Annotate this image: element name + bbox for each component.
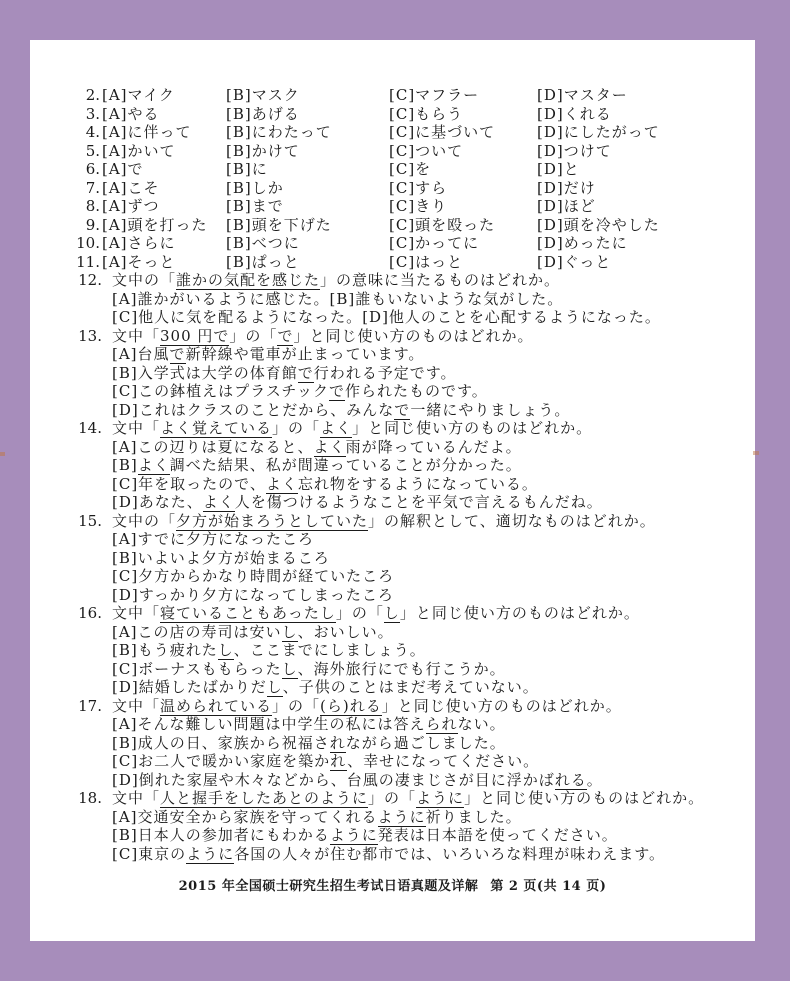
text-segment: 各国の人々が住む都市では、いろいろな料理が味わえます。 <box>234 845 665 863</box>
text-segment: ない。 <box>458 715 506 733</box>
text-segment: [B]もう疲れた <box>112 641 218 659</box>
option-cell: [B]誰もいないような気がした。 <box>330 290 564 309</box>
stem-line: 文中の「夕方が始まろうとしていた」の解釈として、適切なものはどれか。 <box>112 512 755 531</box>
underlined-segment: ように <box>416 789 464 808</box>
text-segment: 」と同じ使い方のものはどれか。 <box>352 419 592 437</box>
underlined-segment: (ら)れる <box>320 697 382 716</box>
line-text: [B]もう疲れたし、ここまでにしましょう。 <box>112 641 426 660</box>
page-footer: 2015 年全国硕士研究生招生考试日语真题及详解第 2 页(共 14 页) <box>30 878 755 897</box>
option-line: [B]よく調べた結果、私が間違っていることが分かった。 <box>112 456 755 475</box>
option-cell: [A]に伴って <box>102 123 226 142</box>
text-segment: [D]あなた、 <box>112 493 203 511</box>
option-cell: [D]くれる <box>537 105 755 124</box>
option-line: [D]これはクラスのことだから、みんなで一緒にやりましょう。 <box>112 401 755 420</box>
option-line: [D]あなた、よく人を傷つけるようなことを平気で言えるもんだね。 <box>112 493 755 512</box>
option-line: [A]台風で新幹線や電車が止まっています。 <box>112 345 755 364</box>
question-number: 17. <box>30 697 104 790</box>
question-number: 7. <box>30 179 102 198</box>
option-cell: [C]すら <box>389 179 537 198</box>
question-block: 15.文中の「夕方が始まろうとしていた」の解釈として、適切なものはどれか。[A]… <box>30 512 755 605</box>
option-line: [D]結婚したばかりだし、子供のことはまだ考えていない。 <box>112 678 755 697</box>
underlined-segment: で <box>329 382 345 401</box>
vocab-option-row: 11.[A]そっと[B]ぱっと[C]はっと[D]ぐっと <box>30 253 755 272</box>
text-segment: [A]そんな難しい問題は中学生の私には答え <box>112 715 426 733</box>
option-cell: [A]そっと <box>102 253 226 272</box>
text-segment: [C]東京の <box>112 845 186 863</box>
question-block: 14.文中「よく覚えている」の「よく」と同じ使い方のものはどれか。[A]この辺り… <box>30 419 755 512</box>
line-text: 文中「温められている」の「(ら)れる」と同じ使い方のものはどれか。 <box>112 697 622 716</box>
question-number: 14. <box>30 419 104 512</box>
option-line: [A]この辺りは夏になると、よく雨が降っているんだよ。 <box>112 438 755 457</box>
option-line: [B]もう疲れたし、ここまでにしましょう。 <box>112 641 755 660</box>
option-cell: [C]ついて <box>389 142 537 161</box>
option-line: [A]誰かがいるように感じた。[B]誰もいないような気がした。 <box>112 290 755 309</box>
option-cell: [B]まで <box>226 197 389 216</box>
line-text: [B]日本人の参加者にもわかるように発表は日本語を使ってください。 <box>112 826 618 845</box>
question-content: 文中の「夕方が始まろうとしていた」の解釈として、適切なものはどれか。[A]すでに… <box>104 512 755 605</box>
text-segment: 」の「 <box>229 327 277 345</box>
text-segment: 」の解釈として、適切なものはどれか。 <box>368 512 656 530</box>
text-segment: 」の「 <box>272 697 320 715</box>
option-cell: [C]きり <box>389 197 537 216</box>
option-line: [C]お二人で暖かい家庭を築かれ、幸せになってください。 <box>112 752 755 771</box>
underlined-segment: 人と握手をしたあとのように <box>160 789 368 808</box>
underlined-segment: で <box>277 327 293 346</box>
underlined-segment: ように <box>186 845 234 864</box>
text-segment: 新幹線や電車が止まっています。 <box>186 345 425 363</box>
text-segment: 調べた結果、私が間違っていることが分かった。 <box>170 456 522 474</box>
option-cell: [B]べつに <box>226 234 389 253</box>
line-text: [D]これはクラスのことだから、みんなで一緒にやりましょう。 <box>112 401 570 420</box>
line-text: 文中「寝ていることもあったし」の「し」と同じ使い方のものはどれか。 <box>112 604 640 623</box>
text-segment: 」の意味に当たるものはどれか。 <box>320 271 560 289</box>
underlined-segment: れ <box>330 734 346 753</box>
option-line: [A]すでに夕方になったころ <box>112 530 755 549</box>
question-number: 11. <box>30 253 102 272</box>
line-text: [D]結婚したばかりだし、子供のことはまだ考えていない。 <box>112 678 539 697</box>
line-text: 文中「人と握手をしたあとのように」の「ように」と同じ使い方のものはどれか。 <box>112 789 704 808</box>
question-number: 3. <box>30 105 102 124</box>
option-cell: [A]で <box>102 160 226 179</box>
text-segment: [D]結婚したばかりだ <box>112 678 267 696</box>
text-segment: 、幸せになってください。 <box>347 752 539 770</box>
line-text: [A]この店の寿司は安いし、おいしい。 <box>112 623 394 642</box>
option-cell: [A]誰かがいるように感じた。 <box>112 290 330 309</box>
question-content: 文中「よく覚えている」の「よく」と同じ使い方のものはどれか。[A]この辺りは夏に… <box>104 419 755 512</box>
underlined-segment: れ <box>330 752 347 771</box>
option-cell: [C]はっと <box>389 253 537 272</box>
option-line: [A]この店の寿司は安いし、おいしい。 <box>112 623 755 642</box>
question-number: 8. <box>30 197 102 216</box>
underlined-segment: で <box>170 345 186 364</box>
underlined-segment: れる <box>555 771 587 790</box>
text-segment: 文中「 <box>112 419 160 437</box>
text-segment: 発表は日本語を使ってください。 <box>378 826 618 844</box>
option-cell: [D]ぐっと <box>537 253 755 272</box>
option-cell: [A]マイク <box>102 86 226 105</box>
text-segment: [A]台風 <box>112 345 170 363</box>
question-content: 文中「人と握手をしたあとのように」の「ように」と同じ使い方のものはどれか。[A]… <box>104 789 755 863</box>
line-text: [A]そんな難しい問題は中学生の私には答えられない。 <box>112 715 506 734</box>
line-text: [A]台風で新幹線や電車が止まっています。 <box>112 345 424 364</box>
question-number: 15. <box>30 512 104 605</box>
text-segment: [B]成人の日、家族から祝福さ <box>112 734 330 752</box>
question-block: 12.文中の「誰かの気配を感じた」の意味に当たるものはどれか。[A]誰かがいるよ… <box>30 271 755 327</box>
option-line: [C]東京のように各国の人々が住む都市では、いろいろな料理が味わえます。 <box>112 845 755 864</box>
underlined-segment: 温められている <box>160 697 272 716</box>
text-segment: 一緒にやりましょう。 <box>410 401 570 419</box>
question-blocks-section: 12.文中の「誰かの気配を感じた」の意味に当たるものはどれか。[A]誰かがいるよ… <box>30 271 755 863</box>
option-line: [A]そんな難しい問題は中学生の私には答えられない。 <box>112 715 755 734</box>
question-number: 2. <box>30 86 102 105</box>
scan-artifact-right <box>753 451 759 455</box>
underlined-segment: よく <box>138 456 170 475</box>
question-block: 16.文中「寝ていることもあったし」の「し」と同じ使い方のものはどれか。[A]こ… <box>30 604 755 697</box>
text-segment: [A]交通安全から家族を守ってくれる <box>112 808 378 826</box>
text-segment: [A]この辺りは夏になると、 <box>112 438 314 456</box>
option-cell: [B]にわたって <box>226 123 389 142</box>
text-segment: 祈りました。 <box>426 808 522 826</box>
question-block: 17.文中「温められている」の「(ら)れる」と同じ使い方のものはどれか。[A]そ… <box>30 697 755 790</box>
text-segment: [C]夕方からかなり時間が経ていたころ <box>112 567 394 585</box>
stem-line: 文中の「誰かの気配を感じた」の意味に当たるものはどれか。 <box>112 271 755 290</box>
question-block: 18.文中「人と握手をしたあとのように」の「ように」と同じ使い方のものはどれか。… <box>30 789 755 863</box>
text-segment: [C]お二人で暖かい家庭を築か <box>112 752 330 770</box>
text-segment: 文中「 <box>112 789 160 807</box>
option-line: [C]他人に気を配るようになった。[D]他人のことを心配するようになった。 <box>112 308 755 327</box>
underlined-segment: 300 円で <box>160 327 229 346</box>
option-cell: [D]他人のことを心配するようになった。 <box>362 308 661 327</box>
text-segment: [B] <box>112 456 138 474</box>
vocab-option-row: 6.[A]で[B]に[C]を[D]と <box>30 160 755 179</box>
question-content: 文中「300 円で」の「で」と同じ使い方のものはどれか。[A]台風で新幹線や電車… <box>104 327 755 420</box>
option-cell: [B]マスク <box>226 86 389 105</box>
text-segment: 文中「 <box>112 327 160 345</box>
footer-title: 2015 年全国硕士研究生招生考试日语真题及详解 <box>179 879 479 894</box>
text-segment: 」と同じ使い方のものはどれか。 <box>293 327 533 345</box>
option-line: [B]入学式は大学の体育館で行われる予定です。 <box>112 364 755 383</box>
text-segment: [D]すっかり夕方になってしまったころ <box>112 586 394 604</box>
option-cell: [C]マフラー <box>389 86 537 105</box>
text-segment: [A]すでに夕方になったころ <box>112 530 314 548</box>
stem-line: 文中「寝ていることもあったし」の「し」と同じ使い方のものはどれか。 <box>112 604 755 623</box>
scan-artifact-left <box>0 452 5 456</box>
question-number: 13. <box>30 327 104 420</box>
underlined-segment: よく <box>203 493 235 512</box>
text-segment: [B]誰もいないような気がした。 <box>330 290 564 308</box>
underlined-segment: し <box>282 623 298 642</box>
underlined-segment: よく覚えている <box>160 419 272 438</box>
option-cell: [D]マスター <box>537 86 755 105</box>
text-segment: 。 <box>587 771 603 789</box>
text-segment: 雨が降っているんだよ。 <box>346 438 522 456</box>
text-segment: 」と同じ使い方のものはどれか。 <box>400 604 640 622</box>
question-number: 9. <box>30 216 102 235</box>
option-cell: [B]頭を下げた <box>226 216 389 235</box>
text-segment: 」の「 <box>336 604 384 622</box>
vocab-option-row: 8.[A]ずつ[B]まで[C]きり[D]ほど <box>30 197 755 216</box>
underlined-segment: し <box>282 660 298 679</box>
option-cell: [A]やる <box>102 105 226 124</box>
line-text: 文中の「誰かの気配を感じた」の意味に当たるものはどれか。 <box>112 271 560 290</box>
line-text: [B]成人の日、家族から祝福されながら過ごしました。 <box>112 734 506 753</box>
text-segment: [A]この店の寿司は安い <box>112 623 282 641</box>
text-segment: ながら過ごしました。 <box>346 734 506 752</box>
stem-line: 文中「人と握手をしたあとのように」の「ように」と同じ使い方のものはどれか。 <box>112 789 755 808</box>
option-cell: [C]に基づいて <box>389 123 537 142</box>
option-cell: [C]他人に気を配るようになった。 <box>112 308 362 327</box>
vocab-option-row: 3.[A]やる[B]あげる[C]もらう[D]くれる <box>30 105 755 124</box>
stem-line: 文中「よく覚えている」の「よく」と同じ使い方のものはどれか。 <box>112 419 755 438</box>
line-text: [D]あなた、よく人を傷つけるようなことを平気で言えるもんだね。 <box>112 493 603 512</box>
question-number: 12. <box>30 271 104 327</box>
question-number: 18. <box>30 789 104 863</box>
option-line: [C]夕方からかなり時間が経ていたころ <box>112 567 755 586</box>
text-segment: 、海外旅行にでも行こうか。 <box>298 660 506 678</box>
text-segment: 文中の「 <box>112 271 176 289</box>
line-text: [B]入学式は大学の体育館で行われる予定です。 <box>112 364 457 383</box>
line-text: [A]この辺りは夏になると、よく雨が降っているんだよ。 <box>112 438 522 457</box>
option-cell: [D]と <box>537 160 755 179</box>
question-block: 13.文中「300 円で」の「で」と同じ使い方のものはどれか。[A]台風で新幹線… <box>30 327 755 420</box>
option-cell: [D]頭を冷やした <box>537 216 755 235</box>
line-text: [B]よく調べた結果、私が間違っていることが分かった。 <box>112 456 522 475</box>
text-segment: [D]倒れた家屋や木々などから、台風の凄まじさが目に浮かば <box>112 771 555 789</box>
line-text: [D]倒れた家屋や木々などから、台風の凄まじさが目に浮かばれる。 <box>112 771 603 790</box>
line-text: [B]いよいよ夕方が始まるころ <box>112 549 330 567</box>
option-cell: [C]かってに <box>389 234 537 253</box>
text-segment: 、子供のことはまだ考えていない。 <box>283 678 539 696</box>
text-segment: 、ここまでにしましょう。 <box>234 641 426 659</box>
underlined-segment: よく <box>314 438 346 457</box>
text-segment: 文中「 <box>112 697 160 715</box>
footer-page-number: 第 2 页(共 14 页) <box>490 879 606 894</box>
option-cell: [A]かいて <box>102 142 226 161</box>
question-number: 4. <box>30 123 102 142</box>
option-cell: [A]さらに <box>102 234 226 253</box>
line-text: [C]この鉢植えはプラスチックで作られたものです。 <box>112 382 488 401</box>
vocab-option-row: 7.[A]こそ[B]しか[C]すら[D]だけ <box>30 179 755 198</box>
option-line: [B]日本人の参加者にもわかるように発表は日本語を使ってください。 <box>112 826 755 845</box>
scan-background: 2.[A]マイク[B]マスク[C]マフラー[D]マスター3.[A]やる[B]あげ… <box>0 0 790 981</box>
question-content: 文中「寝ていることもあったし」の「し」と同じ使い方のものはどれか。[A]この店の… <box>104 604 755 697</box>
line-text: [A]交通安全から家族を守ってくれるように祈りました。 <box>112 808 522 827</box>
text-segment: 」と同じ使い方のものはどれか。 <box>464 789 704 807</box>
underlined-segment: で <box>298 364 314 383</box>
line-text: [C]夕方からかなり時間が経ていたころ <box>112 567 394 585</box>
option-cell: [A]こそ <box>102 179 226 198</box>
question-content: 文中「温められている」の「(ら)れる」と同じ使い方のものはどれか。[A]そんな難… <box>104 697 755 790</box>
text-segment: [A]誰かがいるように感じた。 <box>112 290 330 308</box>
underlined-segment: し <box>267 678 283 697</box>
stem-line: 文中「温められている」の「(ら)れる」と同じ使い方のものはどれか。 <box>112 697 755 716</box>
text-segment: [B]いよいよ夕方が始まるころ <box>112 549 330 567</box>
text-segment: [D]これはクラスのことだから、みんな <box>112 401 394 419</box>
text-segment: 作られたものです。 <box>345 382 488 400</box>
question-number: 10. <box>30 234 102 253</box>
question-number: 5. <box>30 142 102 161</box>
line-text: [A]すでに夕方になったころ <box>112 530 314 548</box>
option-cell: [C]もらう <box>389 105 537 124</box>
line-text: 文中「300 円で」の「で」と同じ使い方のものはどれか。 <box>112 327 533 346</box>
option-cell: [D]めったに <box>537 234 755 253</box>
option-cell: [B]ぱっと <box>226 253 389 272</box>
option-cell: [B]あげる <box>226 105 389 124</box>
option-line: [C]ボーナスももらったし、海外旅行にでも行こうか。 <box>112 660 755 679</box>
option-cell: [C]を <box>389 160 537 179</box>
option-cell: [D]にしたがって <box>537 123 755 142</box>
text-segment: [C]他人に気を配るようになった。 <box>112 308 362 326</box>
text-segment: [D]他人のことを心配するようになった。 <box>362 308 661 326</box>
option-line: [B]成人の日、家族から祝福されながら過ごしました。 <box>112 734 755 753</box>
question-list: 2.[A]マイク[B]マスク[C]マフラー[D]マスター3.[A]やる[B]あげ… <box>30 86 755 897</box>
text-segment: [B]入学式は大学の体育館 <box>112 364 298 382</box>
text-segment: [B]日本人の参加者にもわかる <box>112 826 330 844</box>
text-segment: 」の「 <box>272 419 320 437</box>
text-segment: 忘れ物をするようになっている。 <box>298 475 538 493</box>
option-line: [D]倒れた家屋や木々などから、台風の凄まじさが目に浮かばれる。 <box>112 771 755 790</box>
vocab-option-row: 10.[A]さらに[B]べつに[C]かってに[D]めったに <box>30 234 755 253</box>
text-segment: 」と同じ使い方のものはどれか。 <box>382 697 622 715</box>
text-segment: 、おいしい。 <box>298 623 394 641</box>
line-text: [C]お二人で暖かい家庭を築かれ、幸せになってください。 <box>112 752 539 771</box>
line-text: [C]東京のように各国の人々が住む都市では、いろいろな料理が味わえます。 <box>112 845 665 864</box>
vocab-rows-section: 2.[A]マイク[B]マスク[C]マフラー[D]マスター3.[A]やる[B]あげ… <box>30 86 755 271</box>
option-cell: [B]に <box>226 160 389 179</box>
text-segment: 」の「 <box>368 789 416 807</box>
underlined-segment: し <box>218 641 234 660</box>
option-cell: [C]頭を殴った <box>389 216 537 235</box>
underlined-segment: で <box>394 401 410 420</box>
underlined-segment: ように <box>330 826 378 845</box>
option-line: [D]すっかり夕方になってしまったころ <box>112 586 755 605</box>
question-number: 6. <box>30 160 102 179</box>
underlined-segment: ように <box>378 808 426 827</box>
option-line: [B]いよいよ夕方が始まるころ <box>112 549 755 568</box>
line-text: [D]すっかり夕方になってしまったころ <box>112 586 394 604</box>
text-segment: [C]ボーナスももらった <box>112 660 282 678</box>
option-cell: [A]ずつ <box>102 197 226 216</box>
text-segment: 人を傷つけるようなことを平気で言えるもんだね。 <box>235 493 603 511</box>
underlined-segment: 寝ていることもあったし <box>160 604 336 623</box>
option-line: [A]交通安全から家族を守ってくれるように祈りました。 <box>112 808 755 827</box>
underlined-segment: 誰かの気配を感じた <box>176 271 320 290</box>
vocab-option-row: 2.[A]マイク[B]マスク[C]マフラー[D]マスター <box>30 86 755 105</box>
vocab-option-row: 5.[A]かいて[B]かけて[C]ついて[D]つけて <box>30 142 755 161</box>
text-segment: 行われる予定です。 <box>314 364 457 382</box>
underlined-segment: よく <box>320 419 352 438</box>
underlined-segment: られ <box>426 715 458 734</box>
text-segment: 文中「 <box>112 604 160 622</box>
vocab-option-row: 4.[A]に伴って[B]にわたって[C]に基づいて[D]にしたがって <box>30 123 755 142</box>
underlined-segment: 夕方が始まろうとしていた <box>176 512 368 531</box>
option-cell: [A]頭を打った <box>102 216 226 235</box>
question-content: 文中の「誰かの気配を感じた」の意味に当たるものはどれか。[A]誰かがいるように感… <box>104 271 755 327</box>
line-text: 文中「よく覚えている」の「よく」と同じ使い方のものはどれか。 <box>112 419 592 438</box>
underlined-segment: し <box>384 604 400 623</box>
text-segment: [C]年を取ったので、 <box>112 475 266 493</box>
line-text: [C]ボーナスももらったし、海外旅行にでも行こうか。 <box>112 660 506 679</box>
option-cell: [B]かけて <box>226 142 389 161</box>
text-segment: 文中の「 <box>112 512 176 530</box>
line-text: 文中の「夕方が始まろうとしていた」の解釈として、適切なものはどれか。 <box>112 512 656 531</box>
text-segment: [C]この鉢植えはプラスチック <box>112 382 329 400</box>
option-cell: [D]つけて <box>537 142 755 161</box>
underlined-segment: よく <box>266 475 298 494</box>
line-text: [C]年を取ったので、よく忘れ物をするようになっている。 <box>112 475 538 494</box>
option-cell: [D]ほど <box>537 197 755 216</box>
vocab-option-row: 9.[A]頭を打った[B]頭を下げた[C]頭を殴った[D]頭を冷やした <box>30 216 755 235</box>
option-cell: [B]しか <box>226 179 389 198</box>
option-line: [C]この鉢植えはプラスチックで作られたものです。 <box>112 382 755 401</box>
question-number: 16. <box>30 604 104 697</box>
option-cell: [D]だけ <box>537 179 755 198</box>
stem-line: 文中「300 円で」の「で」と同じ使い方のものはどれか。 <box>112 327 755 346</box>
exam-page: 2.[A]マイク[B]マスク[C]マフラー[D]マスター3.[A]やる[B]あげ… <box>30 40 755 941</box>
option-line: [C]年を取ったので、よく忘れ物をするようになっている。 <box>112 475 755 494</box>
